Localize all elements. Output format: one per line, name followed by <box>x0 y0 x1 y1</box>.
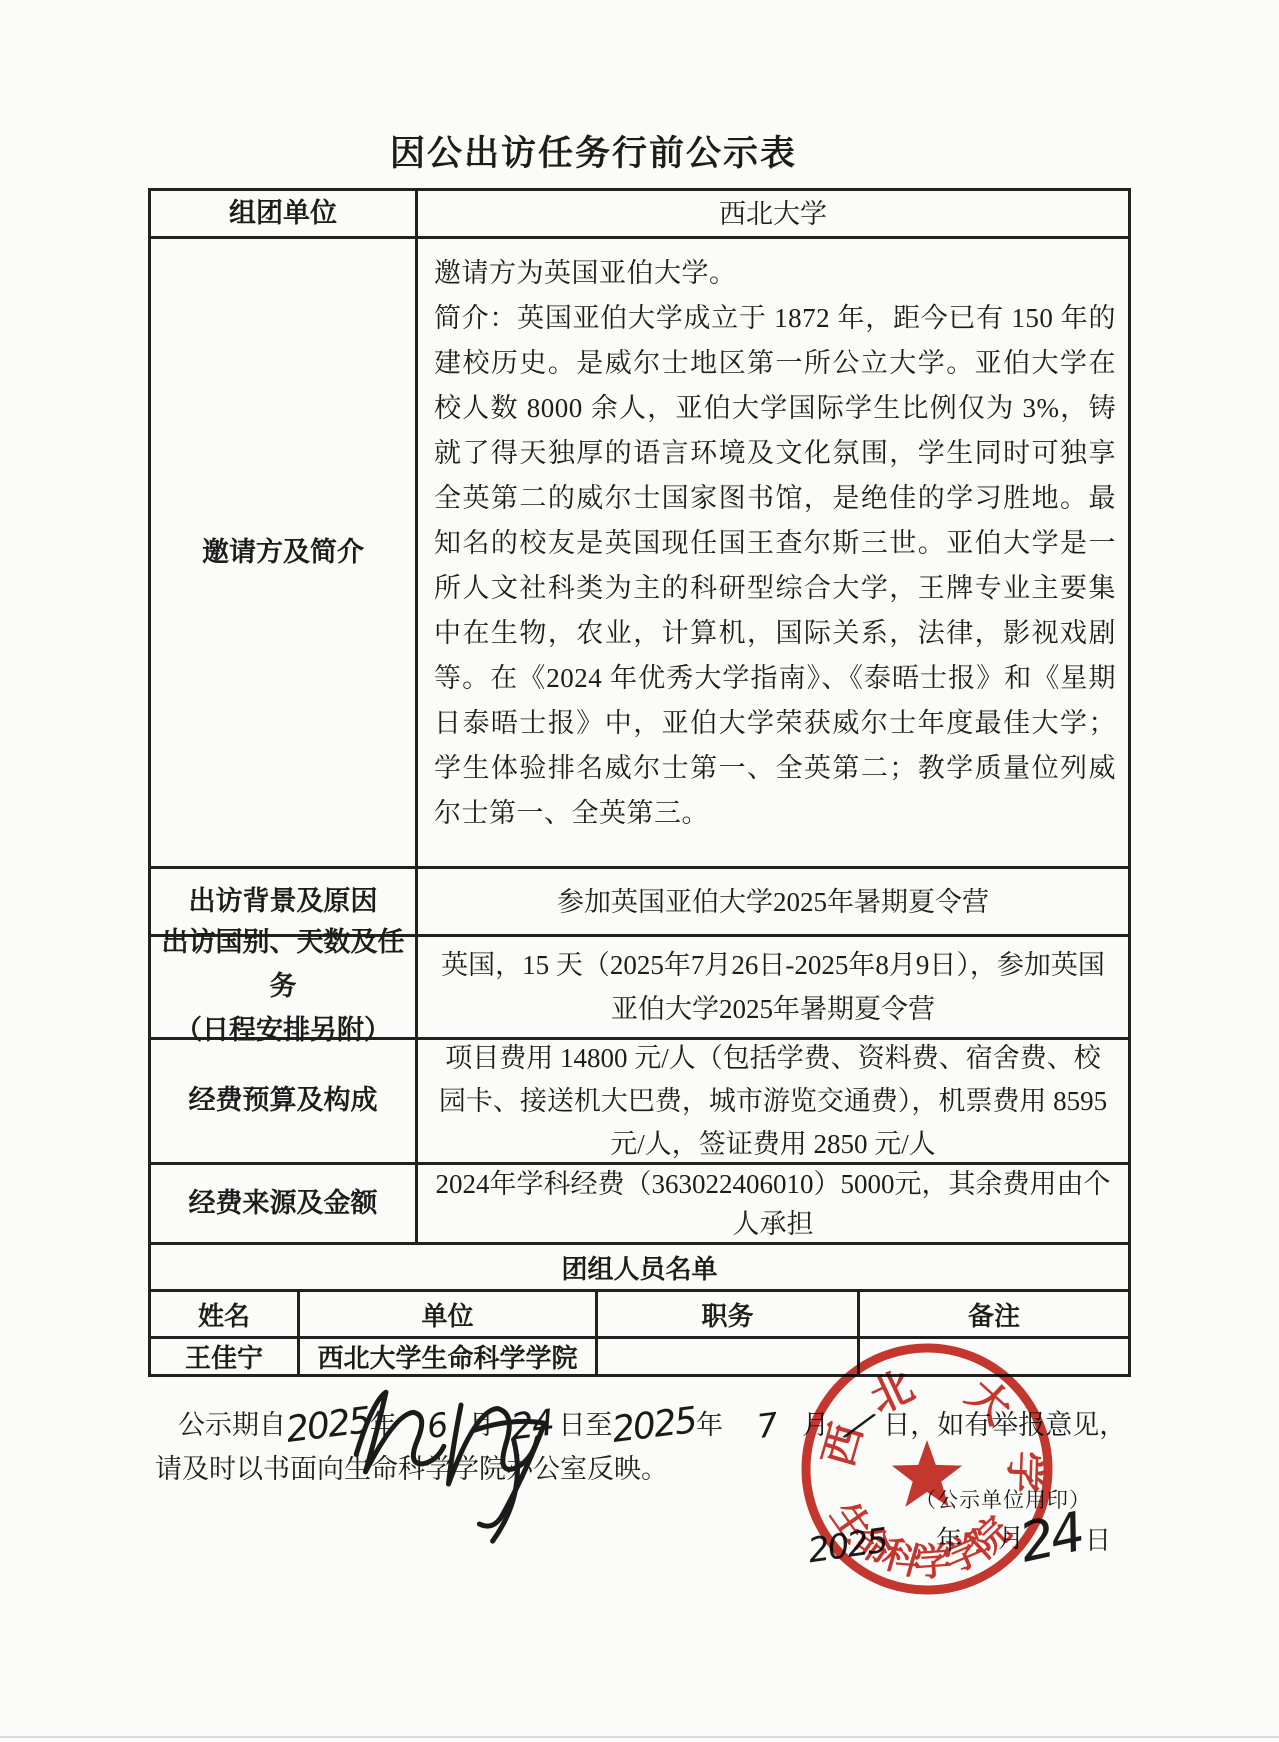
destination-label-line1: 出访国别、天数及任务 <box>151 921 415 1009</box>
document-title: 因公出访任务行前公示表 <box>102 126 1085 176</box>
row-inviting-party: 邀请方及简介 邀请方为英国亚伯大学。 简介：英国亚伯大学成立于 1872 年，距… <box>151 236 1128 866</box>
row-funding-source-label: 经费来源及金额 <box>151 1165 418 1242</box>
month-label-1: 月 <box>468 1403 495 1442</box>
handwritten-end-month: 7 <box>755 1405 779 1446</box>
scanned-document-page: 因公出访任务行前公示表 组团单位 西北大学 邀请方及简介 邀请方为英国亚伯大学。… <box>0 0 1279 1742</box>
form-table: 组团单位 西北大学 邀请方及简介 邀请方为英国亚伯大学。 简介：英国亚伯大学成立… <box>148 188 1131 1377</box>
row-funding-source-value: 2024年学科经费（363022406010）5000元，其余费用由个人承担 <box>418 1165 1128 1242</box>
inviting-party-intro: 简介：英国亚伯大学成立于 1872 年，距今已有 150 年的建校历史。是威尔士… <box>434 296 1116 836</box>
handwritten-start-month: 6 <box>424 1405 448 1446</box>
row-organizing-unit-label: 组团单位 <box>151 191 418 236</box>
notice-prefix: 公示期自 <box>178 1403 286 1442</box>
row-destination-duration-value: 英国，15 天（2025年7月26日-2025年8月9日），参加英国亚伯大学20… <box>418 937 1128 1037</box>
row-budget-label: 经费预算及构成 <box>151 1040 418 1162</box>
day-to-label: 日至 <box>558 1403 612 1442</box>
row-organizing-unit-value: 西北大学 <box>418 191 1128 236</box>
row-destination-duration-label: 出访国别、天数及任务 （日程安排另附） <box>151 937 418 1037</box>
year-label-1: 年 <box>370 1403 397 1442</box>
svg-text:北: 北 <box>862 1360 921 1422</box>
roster-header-unit: 单位 <box>300 1292 598 1336</box>
public-notice-line2: 请及时以书面向生命科学学院办公室反映。 <box>155 1447 668 1486</box>
roster-member-name: 王佳宁 <box>151 1339 300 1374</box>
handwritten-end-year: 2025 <box>610 1400 698 1451</box>
roster-section-title: 团组人员名单 <box>151 1242 1128 1289</box>
row-budget-value: 项目费用 14800 元/人（包括学费、资料费、宿舍费、校园卡、接送机大巴费，城… <box>418 1040 1128 1162</box>
official-stamp: 西 北 大 学 生 命 科 学 学 院 <box>787 1329 1067 1619</box>
row-funding-source: 经费来源及金额 2024年学科经费（363022406010）5000元，其余费… <box>151 1162 1128 1242</box>
row-inviting-party-value: 邀请方为英国亚伯大学。 简介：英国亚伯大学成立于 1872 年，距今已有 150… <box>418 239 1128 866</box>
scan-bottom-edge <box>0 1736 1279 1738</box>
svg-text:学: 学 <box>1000 1450 1050 1494</box>
year-label-2: 年 <box>696 1403 723 1442</box>
inviting-party-line1: 邀请方为英国亚伯大学。 <box>434 251 1116 296</box>
row-inviting-party-label: 邀请方及简介 <box>151 239 418 866</box>
row-budget: 经费预算及构成 项目费用 14800 元/人（包括学费、资料费、宿舍费、校园卡、… <box>151 1037 1128 1162</box>
handwritten-start-day: 24 <box>508 1403 554 1449</box>
roster-header-name: 姓名 <box>151 1292 300 1336</box>
svg-text:西: 西 <box>813 1418 872 1472</box>
row-organizing-unit: 组团单位 西北大学 <box>151 191 1128 236</box>
row-destination-duration: 出访国别、天数及任务 （日程安排另附） 英国，15 天（2025年7月26日-2… <box>151 934 1128 1037</box>
row-visit-background-value: 参加英国亚伯大学2025年暑期夏令营 <box>418 869 1128 934</box>
star-icon <box>892 1440 962 1507</box>
stamp-day-label: 日 <box>1085 1520 1111 1557</box>
